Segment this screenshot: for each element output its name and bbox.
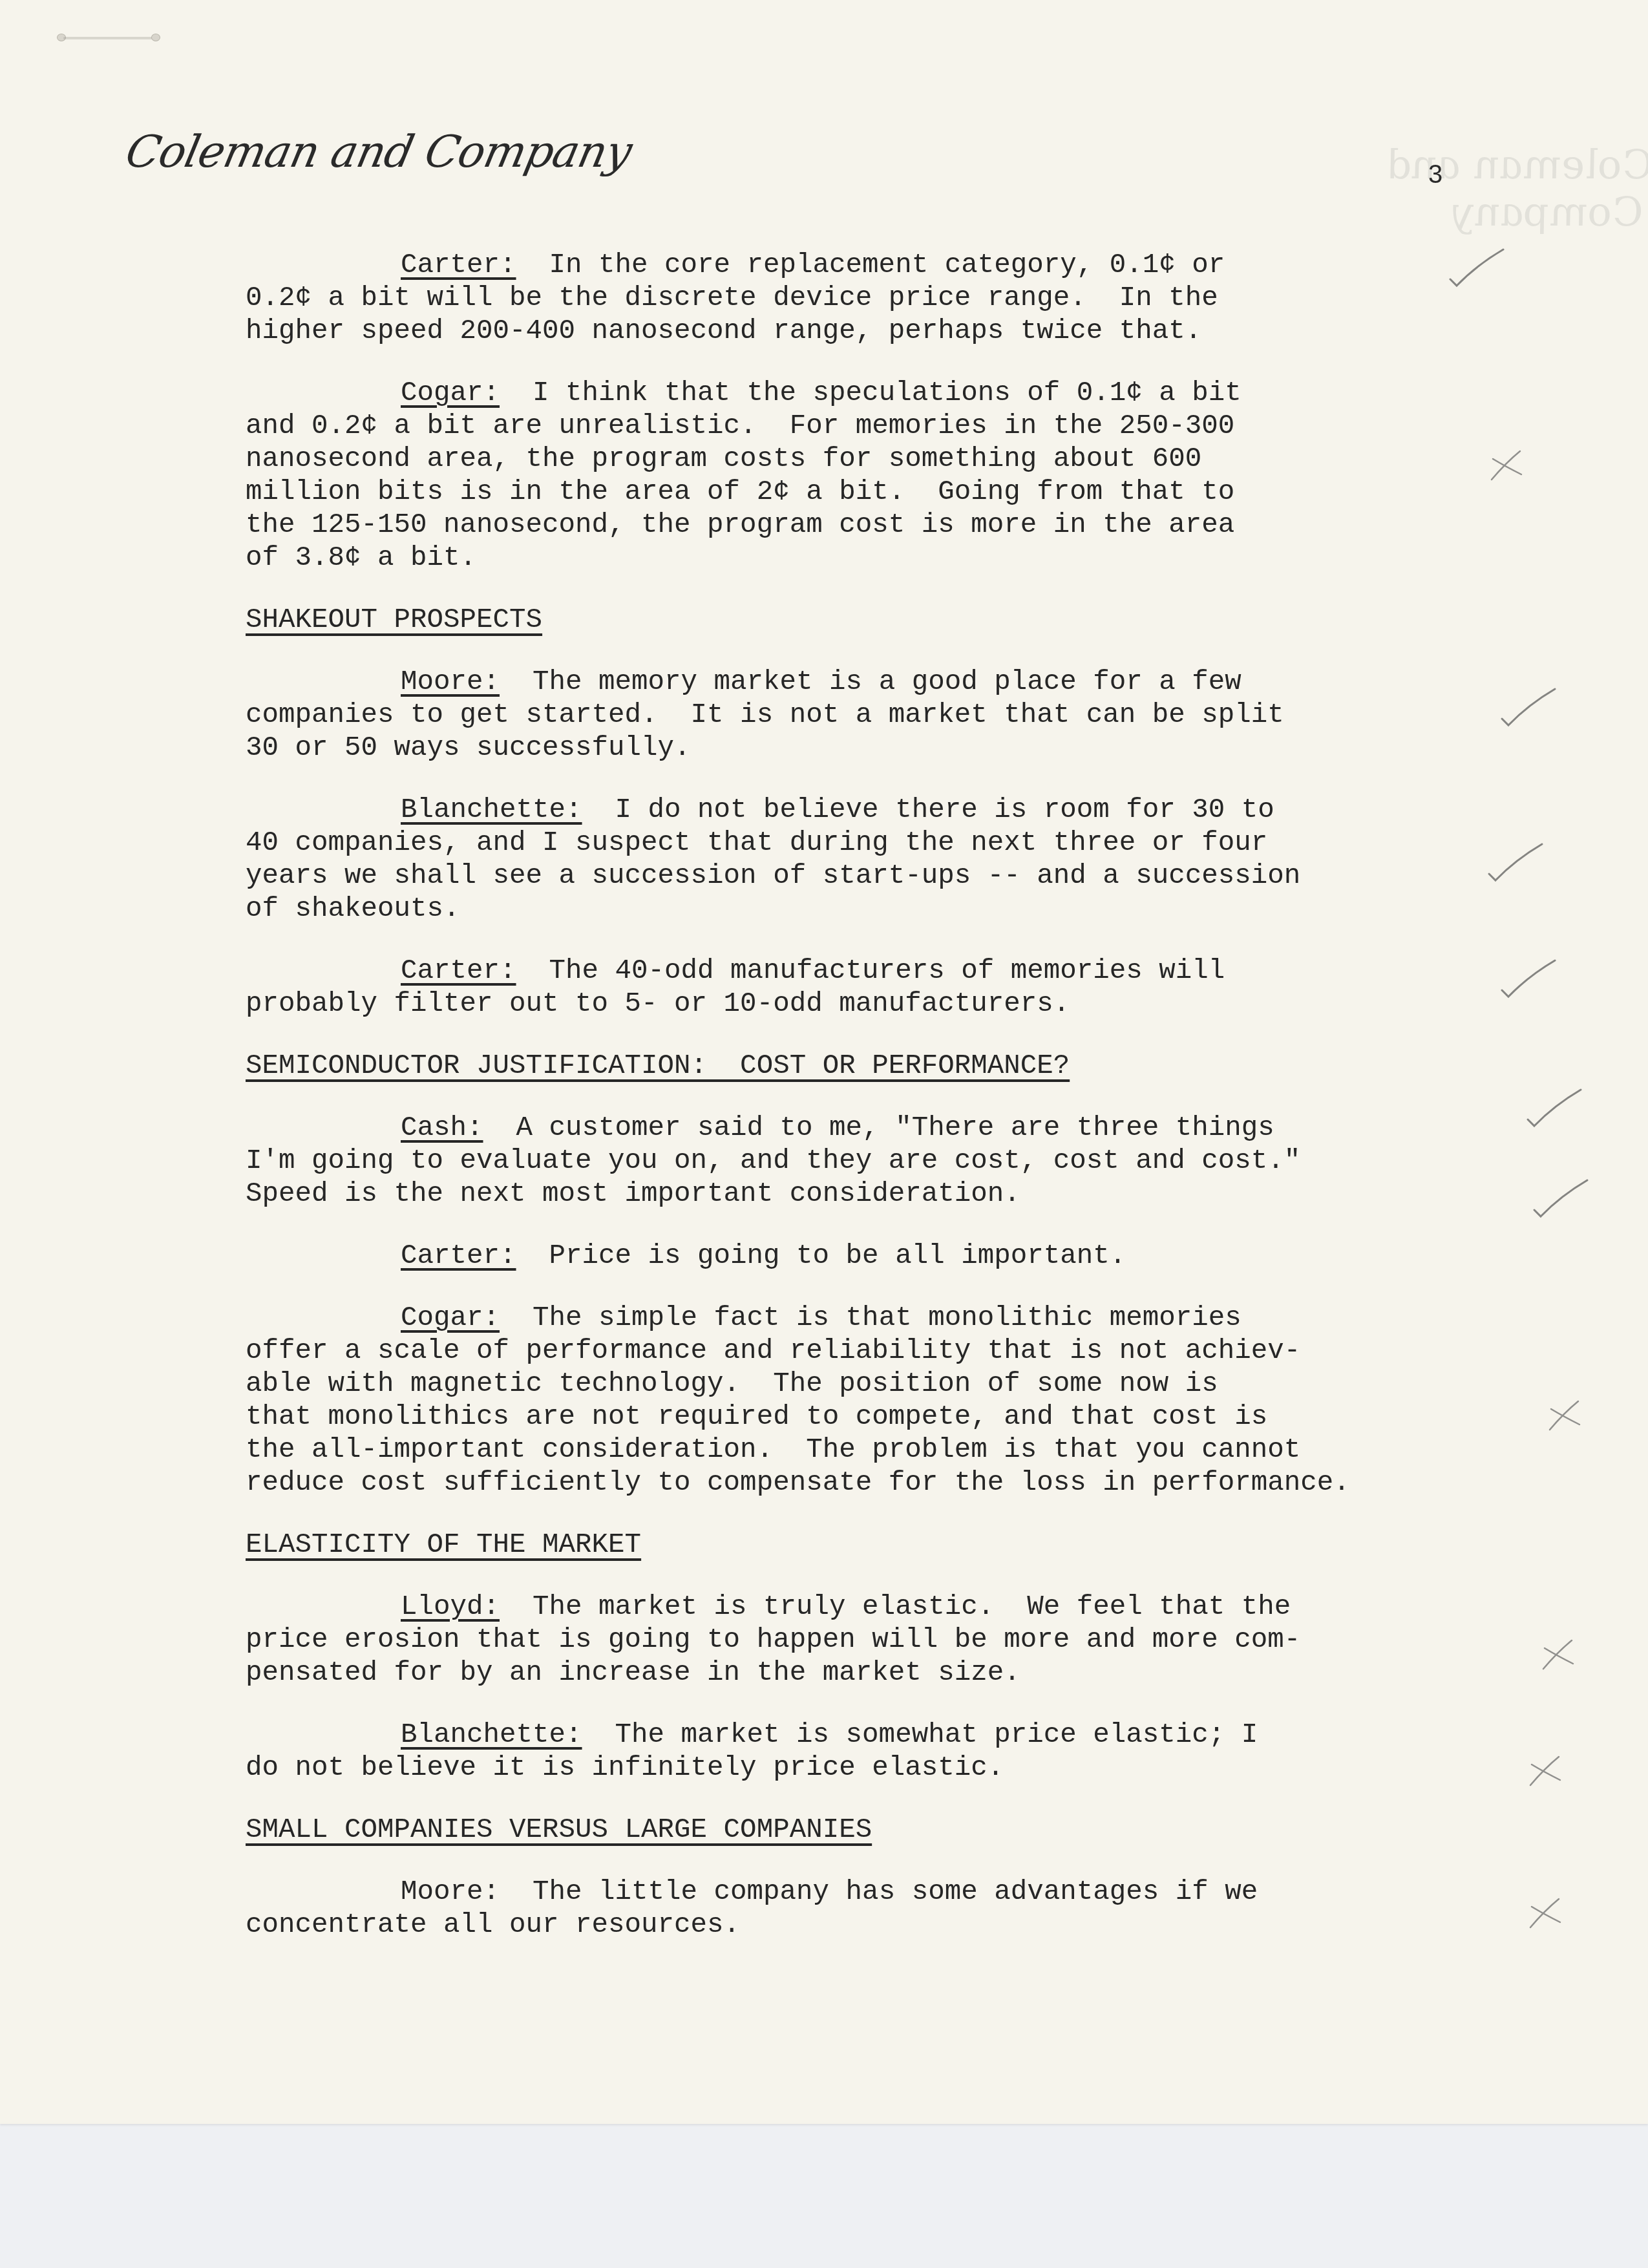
speaker-paragraph: Carter: The 40-odd manufacturers of memo… xyxy=(246,955,1525,1021)
line-text: pensated for by an increase in the marke… xyxy=(246,1657,1020,1688)
letterhead: Coleman and Company xyxy=(121,127,636,178)
text-line: Cash: A customer said to me, "There are … xyxy=(246,1112,1525,1145)
text-line: and 0.2¢ a bit are unrealistic. For memo… xyxy=(246,410,1525,443)
line-text: companies to get started. It is not a ma… xyxy=(246,699,1284,730)
section-heading: SHAKEOUT PROSPECTS xyxy=(246,604,542,637)
line-text: I do not believe there is room for 30 to xyxy=(582,794,1274,825)
staple-impression xyxy=(63,37,154,39)
line-text: I think that the speculations of 0.1¢ a … xyxy=(500,377,1241,408)
line-text: 0.2¢ a bit will be the discrete device p… xyxy=(246,282,1218,313)
line-text: price erosion that is going to happen wi… xyxy=(246,1624,1300,1655)
speaker-paragraph: Carter: In the core replacement category… xyxy=(246,249,1525,348)
line-text: Price is going to be all important. xyxy=(516,1240,1126,1271)
line-text: The memory market is a good place for a … xyxy=(500,666,1241,697)
section-heading: SEMICONDUCTOR JUSTIFICATION: COST OR PER… xyxy=(246,1050,1070,1083)
text-line: Carter: Price is going to be all importa… xyxy=(246,1240,1525,1273)
text-line: Carter: The 40-odd manufacturers of memo… xyxy=(246,955,1525,988)
speaker-paragraph: Lloyd: The market is truly elastic. We f… xyxy=(246,1591,1525,1690)
speaker-paragraph: Moore: The little company has some advan… xyxy=(246,1876,1525,1942)
transcript-body: Carter: In the core replacement category… xyxy=(246,249,1525,1971)
speaker-paragraph: Moore: The memory market is a good place… xyxy=(246,666,1525,765)
line-text: The simple fact is that monolithic memor… xyxy=(500,1302,1241,1333)
page-number: 3 xyxy=(1428,160,1442,189)
text-line: able with magnetic technology. The posit… xyxy=(246,1368,1525,1401)
speaker-name: Carter: xyxy=(401,249,516,281)
text-line: 30 or 50 ways successfully. xyxy=(246,732,1525,765)
cross-mark-icon xyxy=(1525,1894,1564,1933)
speaker-paragraph: Blanchette: I do not believe there is ro… xyxy=(246,794,1525,926)
speaker-name: Blanchette: xyxy=(401,1719,582,1750)
text-line: companies to get started. It is not a ma… xyxy=(246,699,1525,732)
check-mark-icon xyxy=(1499,685,1558,730)
check-mark-icon xyxy=(1499,957,1558,1002)
speaker-paragraph: Cash: A customer said to me, "There are … xyxy=(246,1112,1525,1211)
line-text: In the core replacement category, 0.1¢ o… xyxy=(516,249,1225,281)
line-text: years we shall see a succession of start… xyxy=(246,860,1300,891)
line-text: offer a scale of performance and reliabi… xyxy=(246,1335,1300,1366)
speaker-paragraph: Blanchette: The market is somewhat price… xyxy=(246,1719,1525,1785)
line-text: that monolithics are not required to com… xyxy=(246,1401,1267,1432)
text-line: Lloyd: The market is truly elastic. We f… xyxy=(246,1591,1525,1624)
section-heading: ELASTICITY OF THE MARKET xyxy=(246,1529,641,1562)
speaker-name: Carter: xyxy=(401,1240,516,1271)
line-text: The little company has some advantages i… xyxy=(500,1876,1258,1907)
text-line: the all-important consideration. The pro… xyxy=(246,1434,1525,1467)
speaker-name: Blanchette: xyxy=(401,794,582,825)
text-line: of 3.8¢ a bit. xyxy=(246,542,1525,575)
speaker-name: Carter: xyxy=(401,955,516,986)
line-text: of shakeouts. xyxy=(246,893,460,924)
text-line: Speed is the next most important conside… xyxy=(246,1178,1525,1211)
check-mark-icon xyxy=(1486,840,1545,885)
text-line: that monolithics are not required to com… xyxy=(246,1401,1525,1434)
text-line: Blanchette: I do not believe there is ro… xyxy=(246,794,1525,827)
line-text: The 40-odd manufacturers of memories wil… xyxy=(516,955,1225,986)
text-line: the 125-150 nanosecond, the program cost… xyxy=(246,509,1525,542)
line-text: reduce cost sufficiently to compensate f… xyxy=(246,1467,1350,1498)
speaker-name: Cogar: xyxy=(401,377,500,408)
line-text: Speed is the next most important conside… xyxy=(246,1178,1020,1209)
speaker-name: Moore: xyxy=(401,1876,500,1907)
check-mark-icon xyxy=(1532,1176,1590,1222)
line-text: probably filter out to 5- or 10-odd manu… xyxy=(246,988,1070,1019)
line-text: the 125-150 nanosecond, the program cost… xyxy=(246,509,1234,540)
text-line: price erosion that is going to happen wi… xyxy=(246,1624,1525,1657)
cross-mark-icon xyxy=(1486,446,1525,485)
text-line: pensated for by an increase in the marke… xyxy=(246,1657,1525,1690)
line-text: and 0.2¢ a bit are unrealistic. For memo… xyxy=(246,410,1234,441)
speaker-paragraph: Cogar: The simple fact is that monolithi… xyxy=(246,1302,1525,1500)
speaker-paragraph: Carter: Price is going to be all importa… xyxy=(246,1240,1525,1273)
line-text: 40 companies, and I suspect that during … xyxy=(246,827,1267,858)
text-line: Moore: The memory market is a good place… xyxy=(246,666,1525,699)
text-line: 0.2¢ a bit will be the discrete device p… xyxy=(246,282,1525,315)
cross-mark-icon xyxy=(1538,1635,1577,1674)
speaker-paragraph: Cogar: I think that the speculations of … xyxy=(246,377,1525,575)
text-line: 40 companies, and I suspect that during … xyxy=(246,827,1525,860)
check-mark-icon xyxy=(1448,246,1506,291)
line-text: The market is truly elastic. We feel tha… xyxy=(500,1591,1291,1622)
text-line: offer a scale of performance and reliabi… xyxy=(246,1335,1525,1368)
speaker-name: Lloyd: xyxy=(401,1591,500,1622)
staple-mark xyxy=(57,34,160,40)
line-text: The market is somewhat price elastic; I xyxy=(582,1719,1258,1750)
line-text: concentrate all our resources. xyxy=(246,1909,740,1940)
text-line: Cogar: I think that the speculations of … xyxy=(246,377,1525,410)
line-text: higher speed 200-400 nanosecond range, p… xyxy=(246,315,1201,346)
text-line: do not believe it is infinitely price el… xyxy=(246,1752,1525,1785)
line-text: I'm going to evaluate you on, and they a… xyxy=(246,1145,1300,1176)
text-line: Cogar: The simple fact is that monolithi… xyxy=(246,1302,1525,1335)
cross-mark-icon xyxy=(1525,1752,1564,1790)
line-text: 30 or 50 ways successfully. xyxy=(246,732,691,763)
text-line: I'm going to evaluate you on, and they a… xyxy=(246,1145,1525,1178)
text-line: concentrate all our resources. xyxy=(246,1909,1525,1942)
text-line: nanosecond area, the program costs for s… xyxy=(246,443,1525,476)
text-line: years we shall see a succession of start… xyxy=(246,860,1525,893)
line-text: of 3.8¢ a bit. xyxy=(246,542,476,573)
text-line: of shakeouts. xyxy=(246,893,1525,926)
text-line: Blanchette: The market is somewhat price… xyxy=(246,1719,1525,1752)
text-line: Moore: The little company has some advan… xyxy=(246,1876,1525,1909)
line-text: do not believe it is infinitely price el… xyxy=(246,1752,1004,1783)
line-text: nanosecond area, the program costs for s… xyxy=(246,443,1201,474)
staple-hole xyxy=(151,34,160,41)
speaker-name: Cash: xyxy=(401,1112,483,1143)
cross-mark-icon xyxy=(1545,1396,1583,1435)
text-line: probably filter out to 5- or 10-odd manu… xyxy=(246,988,1525,1021)
check-mark-icon xyxy=(1525,1086,1583,1131)
text-line: Carter: In the core replacement category… xyxy=(246,249,1525,282)
section-heading: SMALL COMPANIES VERSUS LARGE COMPANIES xyxy=(246,1814,872,1847)
text-line: reduce cost sufficiently to compensate f… xyxy=(246,1467,1525,1500)
speaker-name: Cogar: xyxy=(401,1302,500,1333)
text-line: million bits is in the area of 2¢ a bit.… xyxy=(246,476,1525,509)
text-line: higher speed 200-400 nanosecond range, p… xyxy=(246,315,1525,348)
line-text: able with magnetic technology. The posit… xyxy=(246,1368,1218,1399)
line-text: A customer said to me, "There are three … xyxy=(483,1112,1274,1143)
document-page: Coleman and Company Coleman and Company … xyxy=(0,0,1648,2124)
line-text: million bits is in the area of 2¢ a bit.… xyxy=(246,476,1234,507)
speaker-name: Moore: xyxy=(401,666,500,697)
line-text: the all-important consideration. The pro… xyxy=(246,1434,1300,1465)
